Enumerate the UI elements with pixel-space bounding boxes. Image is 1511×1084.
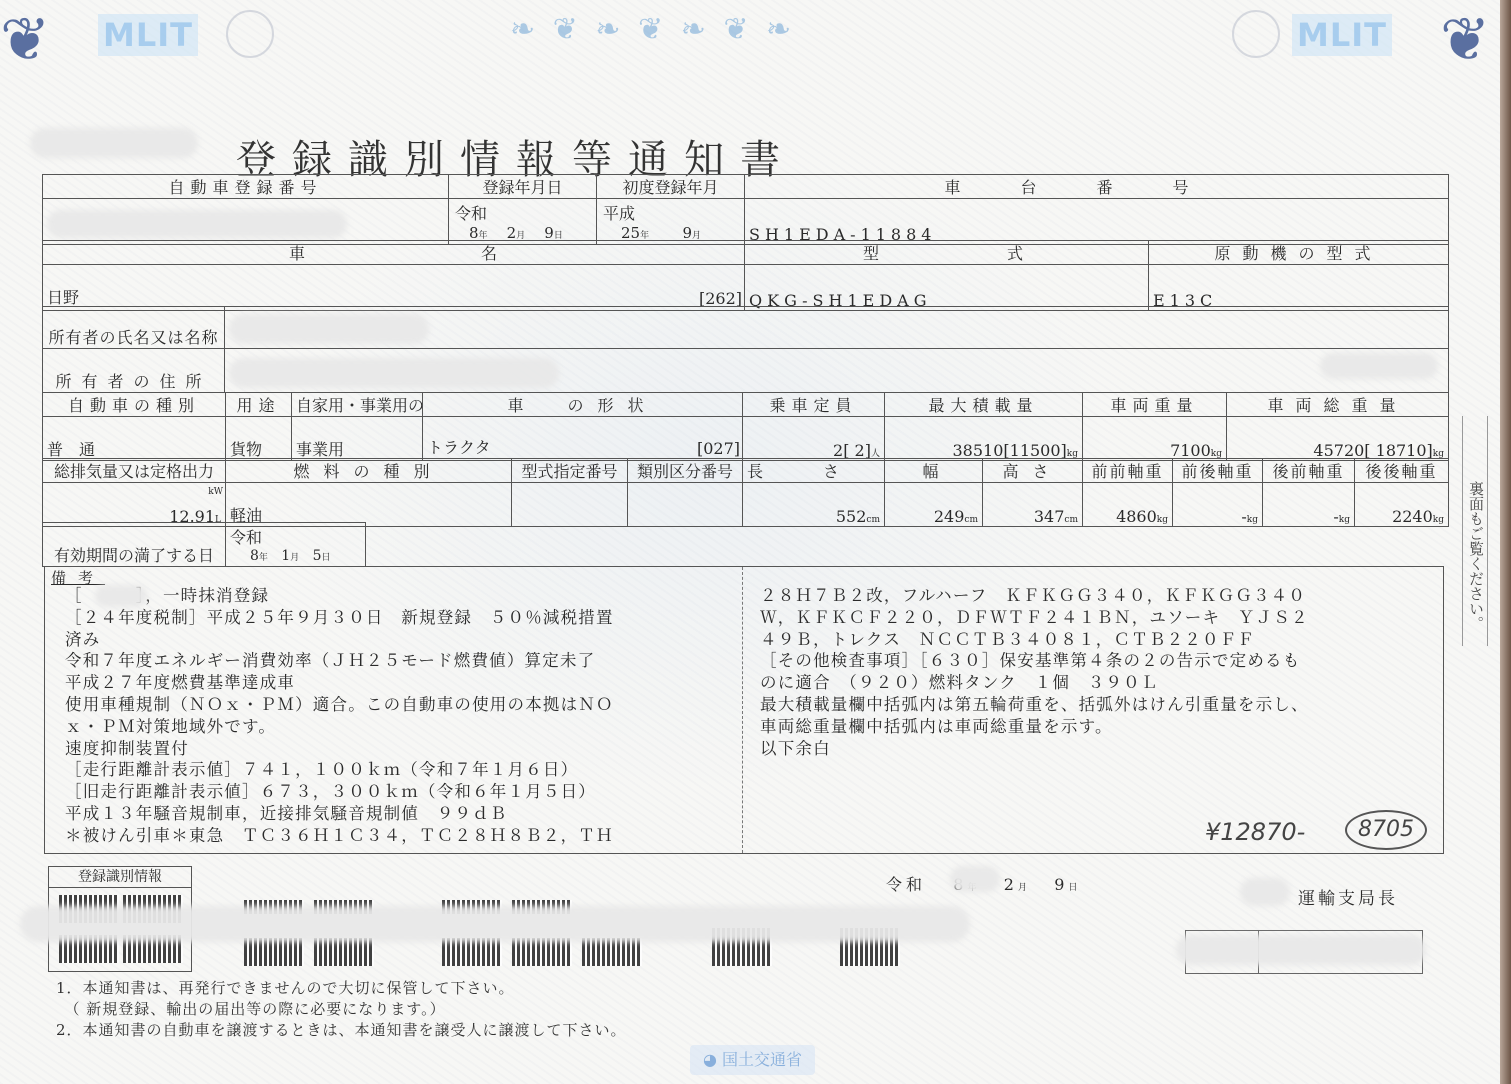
expiry-value: 令和 8年 1月 5日 — [226, 523, 366, 567]
displacement-value: kW 12.91L — [43, 483, 226, 527]
rf-axle-value: -kg — [1263, 483, 1355, 527]
header-owner-address: 所有者の住所 — [43, 349, 225, 393]
qr-caption: 登録識別情報 — [49, 867, 191, 888]
footer-notes: 1．本通知書は、再発行できませんので大切に保管して下さい。 （ 新規登録、輸出の… — [56, 978, 627, 1041]
header-body-shape: 車 の形状 — [423, 393, 743, 417]
header-engine-model: 原動機の型式 — [1149, 241, 1449, 265]
expiry-table: 有効期間の満了する日 令和 8年 1月 5日 — [42, 522, 743, 567]
redacted-issue-year — [950, 866, 1000, 892]
rr-axle-value: 2240kg — [1355, 483, 1449, 527]
registration-table: 自動車登録番号 登録年月日 初度登録年月 車台番号 令和 8年 2月 9日 平成 — [42, 174, 1449, 245]
redacted-office-name — [1240, 878, 1290, 906]
vehicle-type-value: 普 通 — [43, 417, 226, 461]
header-car-name: 車 名 — [43, 241, 745, 265]
fr-axle-value: -kg — [1173, 483, 1263, 527]
owner-address-value — [225, 349, 1449, 393]
owner-table: 所有者の氏名又は名称 所有者の住所 — [42, 306, 1449, 393]
owner-name-value — [225, 307, 1449, 349]
header-gross-weight: 車両総重量 — [1227, 393, 1449, 417]
vehicle-weight-value: 7100kg — [1083, 417, 1227, 461]
private-business-value: 事業用 — [292, 417, 423, 461]
redacted-plate — [47, 210, 347, 238]
redacted-owner-name — [229, 314, 429, 344]
header-private-business: 自家用・事業用の別 — [292, 393, 423, 417]
car-name-value: 日野 [262] — [43, 265, 745, 311]
redacted-address-code — [1320, 353, 1438, 379]
header-displacement: 総排気量又は定格出力 — [43, 459, 226, 483]
header-capacity: 乗車定員 — [743, 393, 885, 417]
dimensions-table: 総排気量又は定格出力 燃料の種別 型式指定番号 類別区分番号 長さ 幅 高さ 前… — [42, 458, 1449, 527]
certificate-paper: ❦ ❦ MLIT MLIT ❧ ❦ ❧ ❦ ❧ ❦ ❧ 登録識別情報等通知書 自… — [0, 0, 1500, 1084]
redacted-registration-id — [20, 906, 970, 942]
seal-left-icon — [226, 10, 274, 58]
first-registration-value: 平成 25年 9月 — [597, 199, 745, 245]
width-value: 249cm — [885, 483, 983, 527]
header-owner-name: 所有者の氏名又は名称 — [43, 307, 225, 349]
registration-date-value: 令和 8年 2月 9日 — [449, 199, 597, 245]
header-model: 型 式 — [745, 241, 1149, 265]
header-max-load: 最大積載量 — [885, 393, 1083, 417]
handwritten-circled-number: 8705 — [1345, 810, 1427, 850]
max-load-value: 38510[11500]kg — [885, 417, 1083, 461]
top-scroll-ornament-icon: ❧ ❦ ❧ ❦ ❧ ❦ ❧ — [510, 12, 1450, 48]
redacted-stamp — [1176, 935, 1426, 965]
header-chassis-number: 車台番号 — [745, 175, 1449, 199]
stamp-box — [1185, 930, 1423, 974]
header-width: 幅 — [885, 459, 983, 483]
model-value: QKG-SH1EDAG — [745, 265, 1149, 311]
handwritten-amount: ¥12870- — [1205, 818, 1305, 846]
side-note: 裏面もご覧ください。 — [1462, 416, 1488, 646]
header-use: 用途 — [226, 393, 292, 417]
header-first-registration: 初度登録年月 — [597, 175, 745, 199]
capacity-value: 2[ 2]人 — [743, 417, 885, 461]
mlit-logo-left: MLIT — [98, 14, 198, 56]
use-value: 貨物 — [226, 417, 292, 461]
category-number-value — [628, 483, 743, 527]
remarks-section: 備考 ［ ］，一時抹消登録 ［２４年度税制］平成２５年９月３０日 新規登録 ５０… — [44, 566, 1444, 854]
paper-edge — [1500, 0, 1511, 1084]
chassis-number-value: SH1EDA-11884 — [745, 199, 1449, 245]
vehicle-spec-table: 自動車の種別 用途 自家用・事業用の別 車 の形状 乗車定員 最大積載量 車両重… — [42, 392, 1449, 461]
header-rf-axle: 後前軸重 — [1263, 459, 1355, 483]
header-vehicle-type: 自動車の種別 — [43, 393, 226, 417]
header-fuel-type: 燃料の種別 — [226, 459, 512, 483]
corner-ornament-left-icon: ❦ — [0, 10, 50, 70]
office-title: 運輸支局長 — [1298, 884, 1398, 909]
ministry-logo: ◕ 国土交通省 — [690, 1045, 815, 1075]
vehicle-model-table: 車 名 型 式 原動機の型式 日野 [262] QKG-SH1EDAG E13C — [42, 240, 1449, 311]
fuel-type-value: 軽油 — [226, 483, 512, 527]
registration-number-value — [43, 199, 449, 245]
redacted-office — [30, 128, 198, 158]
engine-model-value: E13C — [1149, 265, 1449, 311]
header-ff-axle: 前前軸重 — [1083, 459, 1173, 483]
redacted-remark-code — [95, 585, 147, 607]
header-registration-number: 自動車登録番号 — [43, 175, 449, 199]
remarks-left-text: ［ ］，一時抹消登録 ［２４年度税制］平成２５年９月３０日 新規登録 ５０％減税… — [65, 585, 614, 847]
height-value: 347cm — [983, 483, 1083, 527]
header-height: 高さ — [983, 459, 1083, 483]
header-vehicle-weight: 車両重量 — [1083, 393, 1227, 417]
header-expiry: 有効期間の満了する日 — [43, 523, 226, 567]
header-type-designation: 型式指定番号 — [512, 459, 628, 483]
gross-weight-value: 45720[ 18710]kg — [1227, 417, 1449, 461]
remarks-right-text: ２８Ｈ７Ｂ２改，フルハーフ ＫＦＫＧＧ３４０，ＫＦＫＧＧ３４０ Ｗ，ＫＦＫＣＦ２… — [760, 585, 1309, 759]
qr-code-icon — [512, 938, 572, 966]
qr-code-icon — [582, 938, 642, 966]
type-designation-value — [512, 483, 628, 527]
header-category-number: 類別区分番号 — [628, 459, 743, 483]
body-shape-value: トラクタ [027] — [423, 417, 743, 461]
header-length: 長さ — [743, 459, 885, 483]
header-registration-date: 登録年月日 — [449, 175, 597, 199]
qr-code-icon — [442, 938, 502, 966]
redacted-owner-address — [229, 358, 559, 388]
length-value: 552cm — [743, 483, 885, 527]
qr-code-icon — [244, 938, 304, 966]
qr-code-icon — [314, 938, 374, 966]
header-rr-axle: 後後軸重 — [1355, 459, 1449, 483]
header-fr-axle: 前後軸重 — [1173, 459, 1263, 483]
ff-axle-value: 4860kg — [1083, 483, 1173, 527]
